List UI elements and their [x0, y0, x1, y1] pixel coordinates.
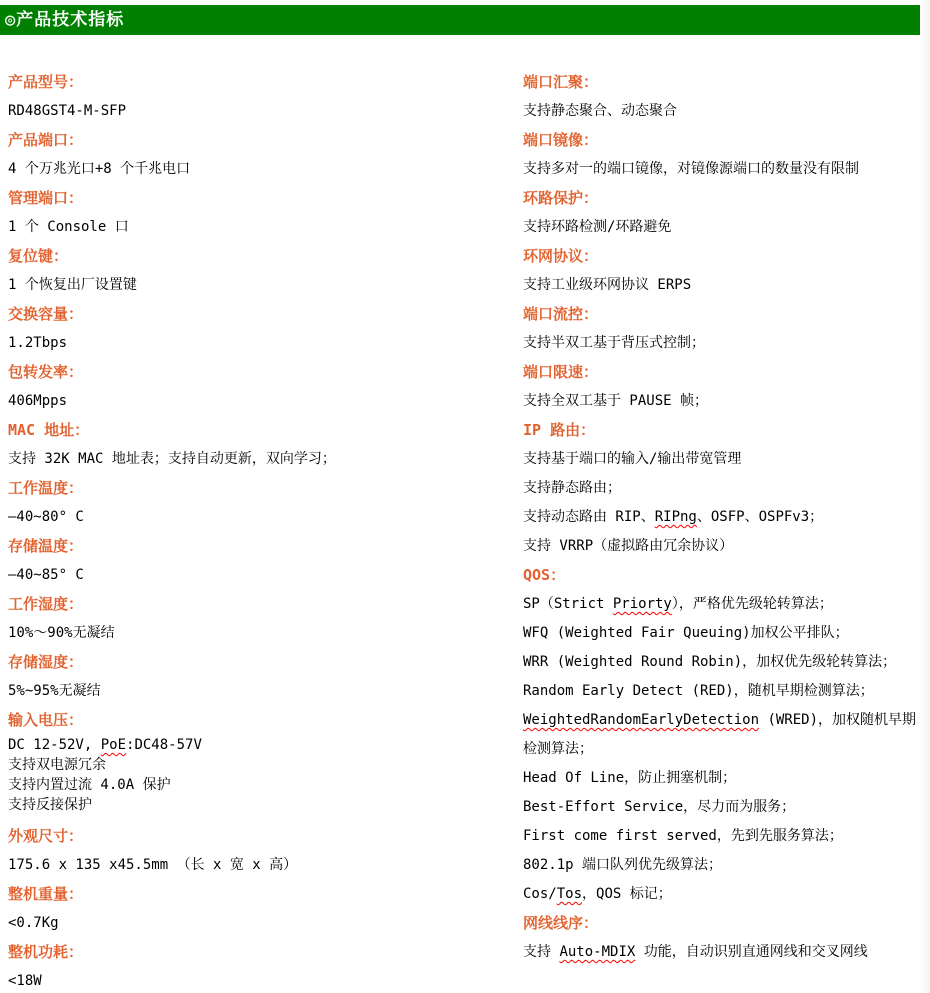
spec-label: 存储湿度：	[8, 648, 523, 677]
spec-text: First come first served，先到先服务算法；	[523, 828, 843, 844]
spec-text: ，QOS 标记；	[582, 886, 672, 902]
spec-text: —40~85° C	[8, 567, 84, 583]
spec-section: IP 路由：支持基于端口的输入/输出带宽管理支持静态路由；支持动态路由 RIP、…	[523, 416, 920, 561]
spec-label: 产品型号：	[8, 68, 523, 97]
spec-section: 包转发率：406Mpps	[8, 358, 523, 416]
spec-label: 整机功耗：	[8, 938, 523, 967]
spec-text: 支持环路检测/环路避免	[523, 219, 671, 235]
spec-label: 复位键：	[8, 242, 523, 271]
spec-label: 交换容量：	[8, 300, 523, 329]
spec-label: 外观尺寸：	[8, 822, 523, 851]
spec-label: 包转发率：	[8, 358, 523, 387]
spec-section: 产品端口：4 个万兆光口+8 个千兆电口	[8, 126, 523, 184]
spec-text: WRR (Weighted Round Robin)，加权优先级轮转算法；	[523, 654, 896, 670]
spec-value-line: 1.2Tbps	[8, 329, 523, 358]
spec-text: 支持半双工基于背压式控制；	[523, 335, 705, 351]
spec-section: 外观尺寸：175.6 x 135 x45.5mm （长 x 宽 x 高）	[8, 822, 523, 880]
spec-value-line: <0.7Kg	[8, 909, 523, 938]
spec-section: 交换容量：1.2Tbps	[8, 300, 523, 358]
spec-label: 输入电压：	[8, 706, 523, 735]
spec-value-line: Best-Effort Service，尽力而为服务；	[523, 793, 920, 822]
spec-value-line: 支持 32K MAC 地址表；支持自动更新，双向学习；	[8, 445, 523, 474]
spec-value-line: 4 个万兆光口+8 个千兆电口	[8, 155, 523, 184]
spec-label: 端口限速：	[523, 358, 920, 387]
spec-text: 支持静态路由；	[523, 480, 621, 496]
spec-value-line: 支持静态聚合、动态聚合	[523, 97, 920, 126]
spec-text: 支持内置过流 4.0A 保护	[8, 777, 171, 793]
spec-section: 工作湿度：10%～90%无凝结	[8, 590, 523, 648]
spec-value-line: 支持环路检测/环路避免	[523, 213, 920, 242]
misspelled-word: Auto-MDIX	[559, 944, 635, 960]
spec-section: 环网协议：支持工业级环网协议 ERPS	[523, 242, 920, 300]
spec-label: QOS：	[523, 561, 920, 590]
spec-label: 产品端口：	[8, 126, 523, 155]
spec-section: 网线线序：支持 Auto-MDIX 功能，自动识别直通网线和交叉网线	[523, 909, 920, 967]
spec-text: 支持双电源冗余	[8, 757, 106, 773]
spec-section: 端口镜像：支持多对一的端口镜像，对镜像源端口的数量没有限制	[523, 126, 920, 184]
spec-text: 支持全双工基于 PAUSE 帧；	[523, 393, 708, 409]
misspelled-word: RIPng	[655, 509, 697, 525]
spec-text: 1 个 Console 口	[8, 219, 129, 235]
spec-section: QOS：SP（Strict Priorty），严格优先级轮转算法；WFQ (We…	[523, 561, 920, 909]
spec-value-line: 5%~95%无凝结	[8, 677, 523, 706]
spec-text: 4 个万兆光口+8 个千兆电口	[8, 161, 190, 177]
spec-text: 1.2Tbps	[8, 335, 67, 351]
spec-value-line: 支持多对一的端口镜像，对镜像源端口的数量没有限制	[523, 155, 920, 184]
spec-section: 存储湿度：5%~95%无凝结	[8, 648, 523, 706]
spec-value-line: 支持基于端口的输入/输出带宽管理	[523, 445, 920, 474]
spec-section: MAC 地址：支持 32K MAC 地址表；支持自动更新，双向学习；	[8, 416, 523, 474]
spec-text: Cos/	[523, 886, 557, 902]
spec-value-line: 支持双电源冗余	[8, 755, 523, 775]
spec-value-line: —40~80° C	[8, 503, 523, 532]
spec-text: 10%～90%无凝结	[8, 625, 115, 641]
spec-text: DC 12-52V,	[8, 737, 101, 753]
spec-label: 管理端口：	[8, 184, 523, 213]
misspelled-word: Tos	[557, 886, 582, 902]
spec-text: 802.1p 端口队列优先级算法；	[523, 857, 722, 873]
spec-value-line: 支持工业级环网协议 ERPS	[523, 271, 920, 300]
page-right-edge	[920, 0, 930, 993]
spec-column-right: 端口汇聚：支持静态聚合、动态聚合端口镜像：支持多对一的端口镜像，对镜像源端口的数…	[523, 68, 920, 993]
spec-text: 1 个恢复出厂设置键	[8, 277, 137, 293]
spec-value-line: DC 12-52V, PoE:DC48-57V	[8, 735, 523, 755]
spec-value-line: 10%～90%无凝结	[8, 619, 523, 648]
spec-section: 端口汇聚：支持静态聚合、动态聚合	[523, 68, 920, 126]
spec-section: 环路保护：支持环路检测/环路避免	[523, 184, 920, 242]
spec-columns: 产品型号：RD48GST4-M-SFP产品端口：4 个万兆光口+8 个千兆电口管…	[0, 68, 920, 993]
spec-value-line: 支持全双工基于 PAUSE 帧；	[523, 387, 920, 416]
spec-text: 、OSFP、OSPFv3；	[697, 509, 823, 525]
spec-value-line: 802.1p 端口队列优先级算法；	[523, 851, 920, 880]
spec-label: 端口流控：	[523, 300, 920, 329]
spec-value-line: <18W	[8, 967, 523, 993]
spec-value-line: First come first served，先到先服务算法；	[523, 822, 920, 851]
spec-text: WFQ (Weighted Fair Queuing)加权公平排队；	[523, 625, 849, 641]
section-title: ◎产品技术指标	[5, 10, 124, 30]
spec-text: 支持动态路由 RIP、	[523, 509, 655, 525]
spec-text: —40~80° C	[8, 509, 84, 525]
misspelled-word: PoE	[101, 737, 126, 753]
spec-text: <18W	[8, 973, 42, 989]
spec-section: 整机功耗：<18W	[8, 938, 523, 993]
spec-value-line: 支持静态路由；	[523, 474, 920, 503]
spec-label: MAC 地址：	[8, 416, 523, 445]
spec-label: 环网协议：	[523, 242, 920, 271]
misspelled-word: WeightedRandomEarlyDetection	[523, 712, 759, 728]
spec-label: 端口汇聚：	[523, 68, 920, 97]
spec-text: :DC48-57V	[126, 737, 202, 753]
spec-value-line: 406Mpps	[8, 387, 523, 416]
spec-text: SP（Strict	[523, 596, 613, 612]
spec-value-line: WeightedRandomEarlyDetection (WRED)，加权随机…	[523, 706, 920, 764]
spec-value-line: 1 个 Console 口	[8, 213, 523, 242]
spec-label: 工作温度：	[8, 474, 523, 503]
spec-value-line: 支持半双工基于背压式控制；	[523, 329, 920, 358]
spec-value-line: 支持内置过流 4.0A 保护	[8, 775, 523, 795]
spec-text: 175.6 x 135 x45.5mm （长 x 宽 x 高）	[8, 857, 297, 873]
spec-label: 端口镜像：	[523, 126, 920, 155]
spec-text: 支持反接保护	[8, 797, 92, 813]
spec-text: ），严格优先级轮转算法；	[672, 596, 833, 612]
spec-value-line: Head Of Line，防止拥塞机制；	[523, 764, 920, 793]
spec-section: 产品型号：RD48GST4-M-SFP	[8, 68, 523, 126]
spec-value-line: RD48GST4-M-SFP	[8, 97, 523, 126]
spec-label: 工作湿度：	[8, 590, 523, 619]
spec-label: 环路保护：	[523, 184, 920, 213]
spec-text: 支持工业级环网协议 ERPS	[523, 277, 691, 293]
spec-text: <0.7Kg	[8, 915, 59, 931]
spec-section: 端口流控：支持半双工基于背压式控制；	[523, 300, 920, 358]
spec-value-line: WRR (Weighted Round Robin)，加权优先级轮转算法；	[523, 648, 920, 677]
spec-text: 5%~95%无凝结	[8, 683, 101, 699]
spec-label: 整机重量：	[8, 880, 523, 909]
spec-text: 支持 VRRP（虚拟路由冗余协议）	[523, 538, 733, 554]
spec-label: 网线线序：	[523, 909, 920, 938]
spec-value-line: —40~85° C	[8, 561, 523, 590]
spec-section: 工作温度：—40~80° C	[8, 474, 523, 532]
spec-text: 支持基于端口的输入/输出带宽管理	[523, 451, 741, 467]
spec-value-line: Cos/Tos，QOS 标记；	[523, 880, 920, 909]
spec-value-line: 175.6 x 135 x45.5mm （长 x 宽 x 高）	[8, 851, 523, 880]
spec-text: 支持多对一的端口镜像，对镜像源端口的数量没有限制	[523, 161, 859, 177]
spec-section: 输入电压：DC 12-52V, PoE:DC48-57V支持双电源冗余支持内置过…	[8, 706, 523, 822]
spec-value-line: 支持动态路由 RIP、RIPng、OSFP、OSPFv3；	[523, 503, 920, 532]
spec-section: 端口限速：支持全双工基于 PAUSE 帧；	[523, 358, 920, 416]
spec-value-line: SP（Strict Priorty），严格优先级轮转算法；	[523, 590, 920, 619]
spec-value-line: 支持 Auto-MDIX 功能，自动识别直通网线和交叉网线	[523, 938, 920, 967]
spec-value-line: 支持反接保护	[8, 795, 523, 815]
spec-value-line: 支持 VRRP（虚拟路由冗余协议）	[523, 532, 920, 561]
spec-section: 复位键：1 个恢复出厂设置键	[8, 242, 523, 300]
spec-text: 支持静态聚合、动态聚合	[523, 103, 677, 119]
section-header-bar: ◎产品技术指标	[0, 5, 920, 35]
spec-text: Best-Effort Service，尽力而为服务；	[523, 799, 795, 815]
misspelled-word: Priorty	[613, 596, 672, 612]
spec-value-line: Random Early Detect (RED)，随机早期检测算法；	[523, 677, 920, 706]
spec-column-left: 产品型号：RD48GST4-M-SFP产品端口：4 个万兆光口+8 个千兆电口管…	[8, 68, 523, 993]
spec-text: 功能，自动识别直通网线和交叉网线	[635, 944, 867, 960]
spec-value-line: WFQ (Weighted Fair Queuing)加权公平排队；	[523, 619, 920, 648]
spec-text: Head Of Line，防止拥塞机制；	[523, 770, 736, 786]
spec-text: RD48GST4-M-SFP	[8, 103, 126, 119]
spec-label: 存储温度：	[8, 532, 523, 561]
spec-text: 支持 32K MAC 地址表；支持自动更新，双向学习；	[8, 451, 336, 467]
spec-label: IP 路由：	[523, 416, 920, 445]
spec-text: 支持	[523, 944, 559, 960]
spec-value-line: 1 个恢复出厂设置键	[8, 271, 523, 300]
spec-section: 存储温度：—40~85° C	[8, 532, 523, 590]
spec-section: 管理端口：1 个 Console 口	[8, 184, 523, 242]
spec-text: 406Mpps	[8, 393, 67, 409]
spec-section: 整机重量：<0.7Kg	[8, 880, 523, 938]
spec-text: Random Early Detect (RED)，随机早期检测算法；	[523, 683, 874, 699]
